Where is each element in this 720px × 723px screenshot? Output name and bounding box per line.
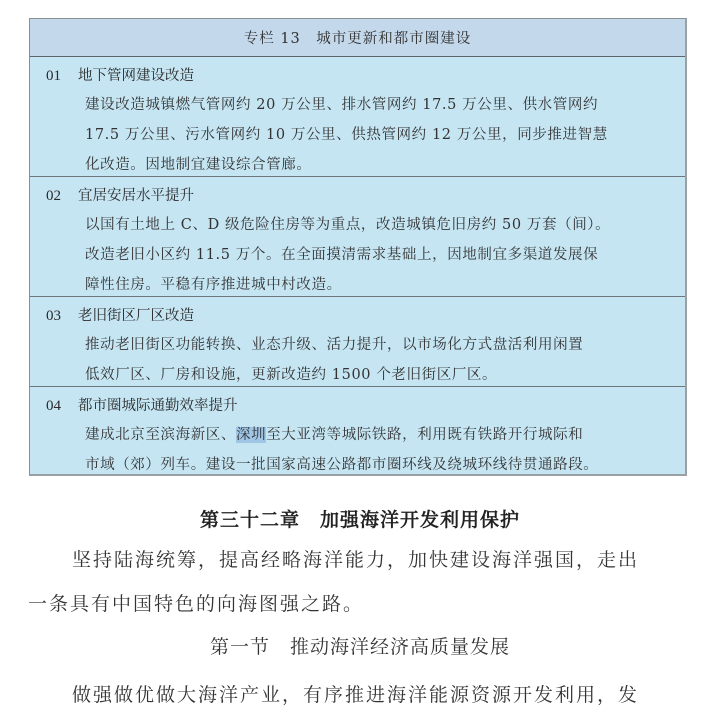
box-row-02: 02宜居安居水平提升 以国有土地上 C、D 级危险住房等为重点，改造城镇危旧房约… [30, 176, 685, 297]
body-line: 市域（郊）列车。建设一批国家高速公路都市圈环线及绕城环线待贯通路段。 [85, 450, 671, 480]
body-line: 建设改造城镇燃气管网约 20 万公里、排水管网约 17.5 万公里、供水管网约 [85, 90, 671, 120]
body-line: 推动老旧街区功能转换、业态升级、活力提升，以市场化方式盘活利用闲置 [85, 330, 671, 360]
row-body: 建成北京至滨海新区、深圳至大亚湾等城际铁路，利用既有铁路开行城际和 市域（郊）列… [85, 420, 671, 480]
body-line[interactable]: 建成北京至滨海新区、深圳至大亚湾等城际铁路，利用既有铁路开行城际和 [85, 420, 671, 450]
feature-box: 专栏 13 城市更新和都市圈建设 01地下管网建设改造 建设改造城镇燃气管网约 … [29, 18, 687, 476]
section-title: 第一节 推动海洋经济高质量发展 [0, 632, 720, 659]
row-number: 02 [46, 188, 78, 205]
body-line: 以国有土地上 C、D 级危险住房等为重点，改造城镇危旧房约 50 万套（间）。 [85, 210, 671, 240]
row-body: 推动老旧街区功能转换、业态升级、活力提升，以市场化方式盘活利用闲置 低效厂区、厂… [85, 330, 671, 390]
box-row-03: 03老旧街区厂区改造 推动老旧街区功能转换、业态升级、活力提升，以市场化方式盘活… [30, 296, 685, 387]
row-body: 以国有土地上 C、D 级危险住房等为重点，改造城镇危旧房约 50 万套（间）。 … [85, 210, 671, 300]
intro-paragraph-line: 一条具有中国特色的向海图强之路。 [28, 589, 690, 616]
row-title: 地下管网建设改造 [78, 68, 194, 84]
row-body: 建设改造城镇燃气管网约 20 万公里、排水管网约 17.5 万公里、供水管网约 … [85, 90, 671, 180]
section-paragraph-line: 做强做优做大海洋产业，有序推进海洋能源资源开发利用，发 [30, 680, 690, 707]
row-title: 老旧街区厂区改造 [78, 308, 194, 324]
box-row-01: 01地下管网建设改造 建设改造城镇燃气管网约 20 万公里、排水管网约 17.5… [30, 56, 685, 177]
body-line: 17.5 万公里、污水管网约 10 万公里、供热管网约 12 万公里，同步推进智… [85, 120, 671, 150]
row-title: 都市圈城际通勤效率提升 [78, 398, 238, 414]
row-title: 宜居安居水平提升 [78, 188, 194, 204]
intro-paragraph-line: 坚持陆海统筹，提高经略海洋能力，加快建设海洋强国，走出 [30, 545, 690, 572]
row-number: 03 [46, 308, 78, 325]
row-number: 01 [46, 68, 78, 85]
box-title: 专栏 13 城市更新和都市圈建设 [30, 19, 685, 57]
box-row-04: 04都市圈城际通勤效率提升 建成北京至滨海新区、深圳至大亚湾等城际铁路，利用既有… [30, 386, 685, 476]
body-line: 改造老旧小区约 11.5 万个。在全面摸清需求基础上，因地制宜多渠道发展保 [85, 240, 671, 270]
chapter-title: 第三十二章 加强海洋开发利用保护 [0, 505, 720, 532]
row-number: 04 [46, 398, 78, 415]
selected-text[interactable]: 深圳 [236, 427, 266, 443]
